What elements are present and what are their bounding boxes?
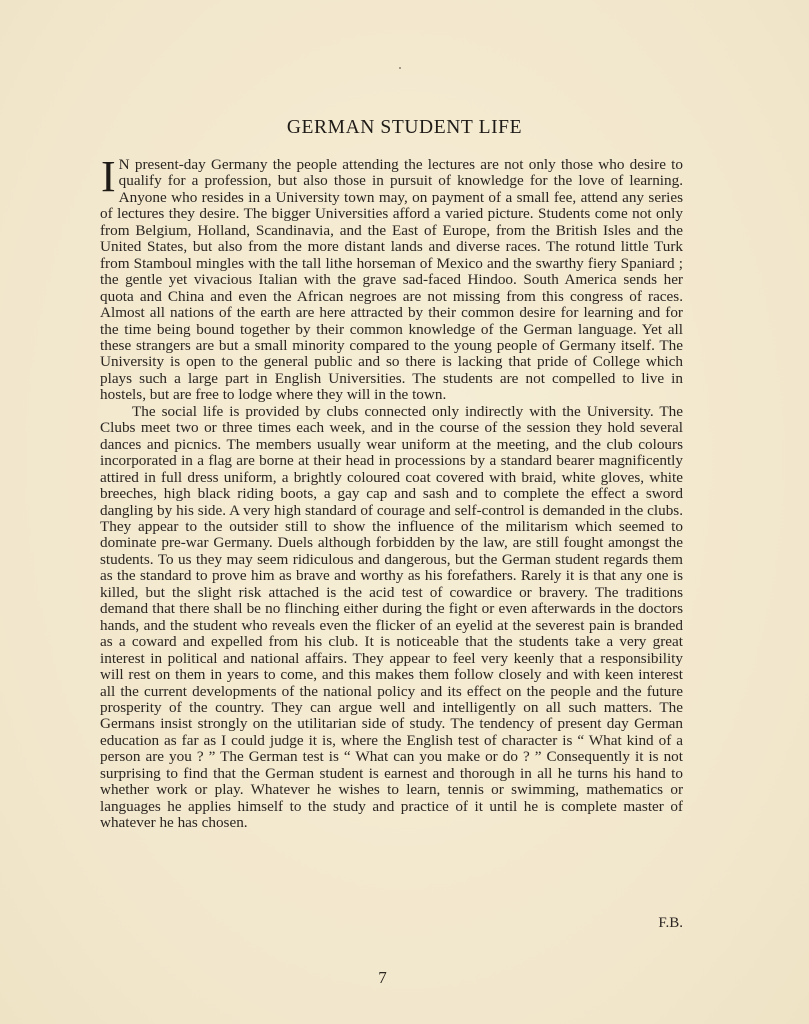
paragraph-1: IN present-day Germany the people attend… (100, 157, 683, 404)
book-page: GERMAN STUDENT LIFE IN present-day Germa… (0, 0, 809, 1024)
paragraph-2: The social life is provided by clubs con… (100, 404, 683, 832)
page-number: 7 (0, 968, 765, 988)
author-signature: F.B. (600, 915, 683, 932)
drop-cap-continuation: N (119, 156, 130, 173)
page-title: GERMAN STUDENT LIFE (0, 117, 809, 139)
drop-cap: I (101, 159, 116, 194)
paper-speck (399, 67, 401, 69)
paragraph-1-text: present-day Germany the people attending… (100, 156, 683, 403)
article-body: IN present-day Germany the people attend… (100, 157, 683, 832)
